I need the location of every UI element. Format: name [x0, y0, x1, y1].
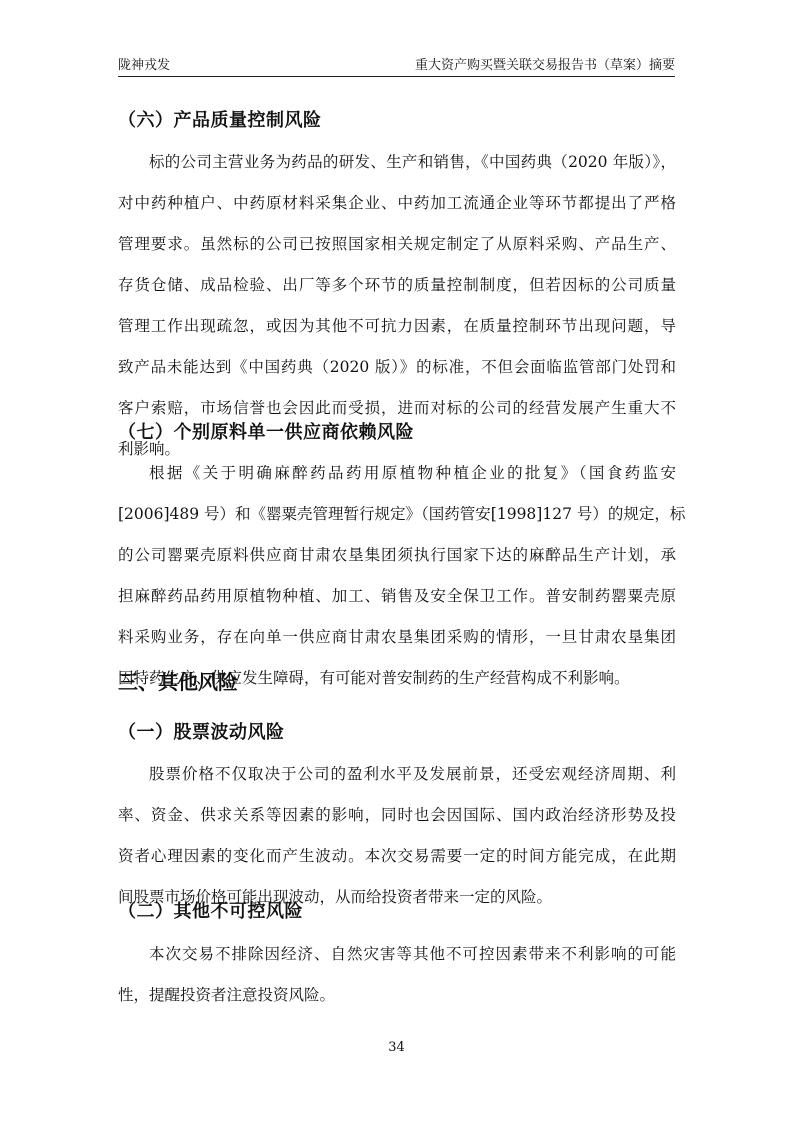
paragraph-line: 股票价格不仅取决于公司的盈利水平及发展前景，还受宏观经济周期、利	[149, 762, 676, 784]
paragraph-line: 本次交易不排除因经济、自然灾害等其他不可控因素带来不利影响的可能	[149, 942, 676, 964]
paragraph-line: 资者心理因素的变化而产生波动。本次交易需要一定的时间方能完成，在此期	[118, 844, 676, 866]
paragraph-line: 的公司罂粟壳原料供应商甘肃农垦集团须执行国家下达的麻醉品生产计划，承	[118, 543, 676, 565]
paragraph-line: 致产品未能达到《中国药典（2020 版）》的标准，不但会面临监管部门处罚和	[118, 355, 676, 377]
header-company: 陇神戎发	[118, 54, 170, 73]
paragraph-line: 标的公司主营业务为药品的研发、生产和销售，《中国药典（2020 年版）》，	[149, 150, 676, 172]
paragraph-line: 存货仓储、成品检验、出厂等多个环节的质量控制制度，但若因标的公司质量	[118, 273, 676, 295]
paragraph-line: 根据《关于明确麻醉药品药用原植物种植企业的批复》（国食药监安	[149, 461, 676, 483]
paragraph-line: 担麻醉药品药用原植物种植、加工、销售及安全保卫工作。普安制药罂粟壳原	[118, 584, 676, 606]
paragraph-line: 率、资金、供求关系等因素的影响，同时也会因国际、国内政治经济形势及投	[118, 803, 676, 825]
section-heading-uncontrollable-risk: （二）其他不可控风险	[118, 897, 303, 923]
page-header: 陇神戎发 重大资产购买暨关联交易报告书（草案）摘要	[118, 52, 675, 77]
header-document-title: 重大资产购买暨关联交易报告书（草案）摘要	[415, 54, 675, 73]
paragraph-line: 料采购业务，存在向单一供应商甘肃农垦集团采购的情形，一旦甘肃农垦集团	[118, 625, 676, 647]
paragraph-line: 管理要求。虽然标的公司已按照国家相关规定制定了从原料采购、产品生产、	[118, 232, 676, 254]
paragraph-line: [2006]489 号）和《罂粟壳管理暂行规定》（国药管安[1998]127 号…	[118, 502, 676, 524]
paragraph-line: 管理工作出现疏忽，或因为其他不可抗力因素，在质量控制环节出现问题，导	[118, 314, 676, 336]
paragraph-line: 性，提醒投资者注意投资风险。	[118, 983, 676, 1005]
chapter-heading-other-risks: 三、其他风险	[118, 666, 238, 695]
section-heading-supplier-dependency: （七）个别原料单一供应商依赖风险	[118, 418, 414, 444]
section-heading-quality-control: （六）产品质量控制风险	[118, 106, 322, 132]
paragraph-line: 对中药种植户、中药原材料采集企业、中药加工流通企业等环节都提出了严格	[118, 191, 676, 213]
paragraph-line: 客户索赔，市场信誉也会因此而受损，进而对标的公司的经营发展产生重大不	[118, 396, 676, 418]
page-number: 34	[0, 1040, 793, 1055]
section-heading-stock-volatility: （一）股票波动风险	[118, 718, 285, 744]
